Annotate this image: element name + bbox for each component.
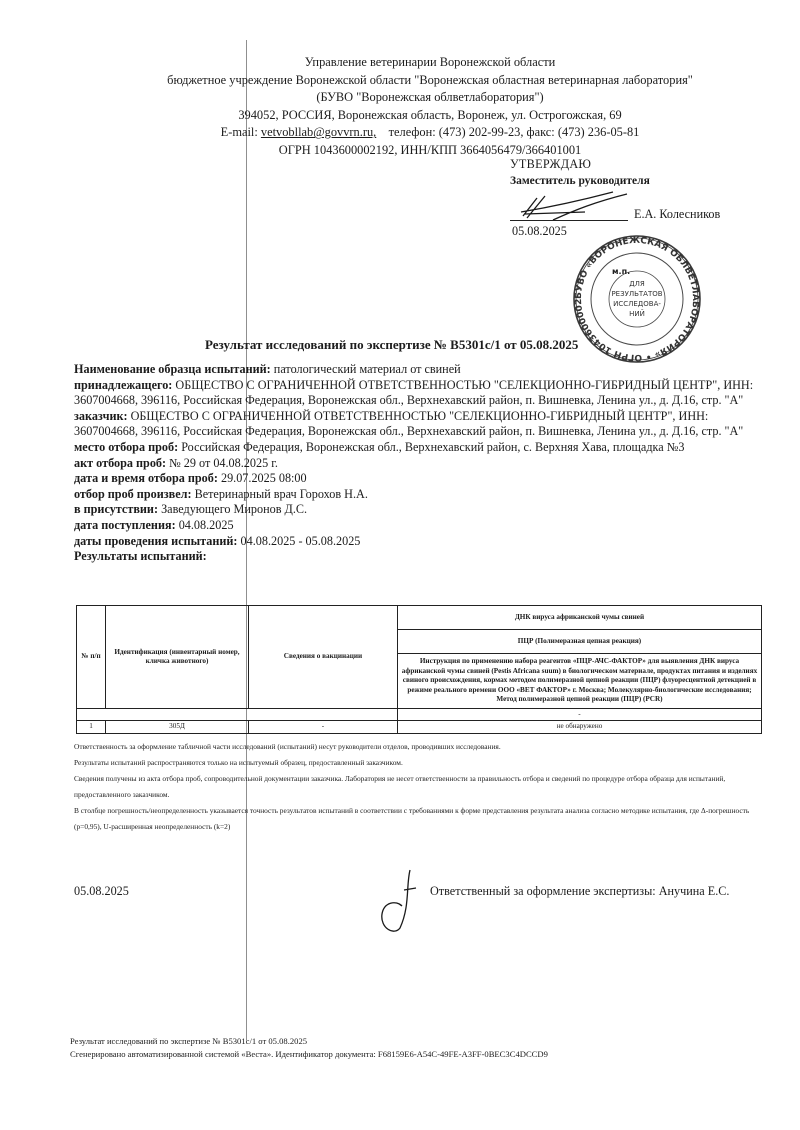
letterhead-org-short: (БУВО "Воронежская облветлаборатория") — [100, 89, 760, 107]
signature-line — [510, 220, 628, 221]
svg-text:м.п.: м.п. — [612, 267, 630, 276]
cell-identification: 305Д — [106, 721, 249, 733]
field-owner: принадлежащего: ОБЩЕСТВО С ОГРАНИЧЕННОЙ … — [74, 378, 764, 409]
col-header-identification: Идентификация (инвентарный номер, кличка… — [106, 606, 249, 709]
field-sampling-place: место отбора проб: Российская Федерация,… — [74, 440, 764, 456]
norm-spacer — [77, 709, 398, 721]
col-header-number: № п/п — [77, 606, 106, 709]
norm-value: - — [398, 709, 762, 721]
col-header-method-short: ПЦР (Полимеразная цепная реакция) — [398, 630, 762, 654]
svg-text:ДЛЯ: ДЛЯ — [629, 280, 645, 288]
cell-number: 1 — [77, 721, 106, 733]
field-sampling-act: акт отбора проб: № 29 от 04.08.2025 г. — [74, 456, 764, 472]
results-table: № п/п Идентификация (инвентарный номер, … — [76, 605, 762, 734]
field-results-heading: Результаты испытаний: — [74, 549, 764, 565]
disclaimer-notes: Ответственность за оформление табличной … — [74, 739, 764, 835]
field-test-dates: даты проведения испытаний: 04.08.2025 - … — [74, 534, 764, 550]
svg-text:ИССЛЕДОВА-: ИССЛЕДОВА- — [613, 300, 661, 308]
field-customer: заказчик: ОБЩЕСТВО С ОГРАНИЧЕННОЙ ОТВЕТС… — [74, 409, 764, 440]
document-title: Результат исследований по экспертизе № B… — [205, 337, 578, 353]
field-in-presence: в присутствии: Заведующего Миронов Д.С. — [74, 502, 764, 518]
letterhead: Управление ветеринарии Воронежской облас… — [100, 54, 760, 160]
field-sample-name: Наименование образца испытаний: патологи… — [74, 362, 764, 378]
approval-date: 05.08.2025 — [512, 224, 567, 239]
footer-generated: Сгенерировано автоматизированной системо… — [70, 1048, 770, 1061]
note-uncertainty: В столбце погрешность/неопределенность у… — [74, 803, 764, 835]
letterhead-org-name: бюджетное учреждение Воронежской области… — [100, 72, 760, 90]
footer-reference: Результат исследований по экспертизе № B… — [70, 1035, 770, 1048]
approval-block: УТВЕРЖДАЮ Заместитель руководителя — [510, 156, 770, 190]
responsible-signature-icon — [370, 866, 430, 936]
note-sampling-info: Сведения получены из акта отбора проб, с… — [74, 771, 764, 803]
letterhead-authority: Управление ветеринарии Воронежской облас… — [100, 54, 760, 72]
approval-title: УТВЕРЖДАЮ — [510, 156, 770, 173]
table-row: 1 305Д - не обнаружено — [77, 721, 762, 733]
field-sampling-datetime: дата и время отбора проб: 29.07.2025 08:… — [74, 471, 764, 487]
svg-text:НИЙ: НИЙ — [629, 309, 645, 318]
email-link[interactable]: vetvobllab@govvrn.ru, — [261, 125, 376, 139]
official-stamp-icon: БУВО «ВОРОНЕЖСКАЯ ОБЛВЕТЛАБОРАТОРИЯ» • О… — [562, 234, 712, 364]
responsible-person: Ответственный за оформление экспертизы: … — [430, 884, 729, 899]
cell-vaccination: - — [249, 721, 398, 733]
document-footer: Результат исследований по экспертизе № B… — [70, 1035, 770, 1060]
col-header-indicator: ДНК вируса африканской чумы свиней — [398, 606, 762, 630]
field-received-date: дата поступления: 04.08.2025 — [74, 518, 764, 534]
approval-role: Заместитель руководителя — [510, 173, 770, 190]
approver-signature-icon — [515, 190, 635, 224]
field-sampled-by: отбор проб произвел: Ветеринарный врач Г… — [74, 487, 764, 503]
note-responsibility: Ответственность за оформление табличной … — [74, 739, 764, 755]
email-label: E-mail: — [221, 125, 258, 139]
letterhead-address: 394052, РОССИЯ, Воронежская область, Вор… — [100, 107, 760, 125]
cell-result: не обнаружено — [398, 721, 762, 733]
letterhead-contacts: E-mail: vetvobllab@govvrn.ru, телефон: (… — [100, 124, 760, 142]
col-header-method-full: Инструкция по применению набора реагенто… — [398, 654, 762, 709]
col-header-vaccination: Сведения о вакцинации — [249, 606, 398, 709]
svg-text:РЕЗУЛЬТАТОВ: РЕЗУЛЬТАТОВ — [611, 290, 662, 298]
note-scope: Результаты испытаний распространяются то… — [74, 755, 764, 771]
signoff-date: 05.08.2025 — [74, 884, 129, 899]
approver-name: Е.А. Колесников — [634, 207, 720, 222]
sample-details: Наименование образца испытаний: патологи… — [74, 362, 764, 565]
phone-fax: телефон: (473) 202-99-23, факс: (473) 23… — [389, 125, 640, 139]
